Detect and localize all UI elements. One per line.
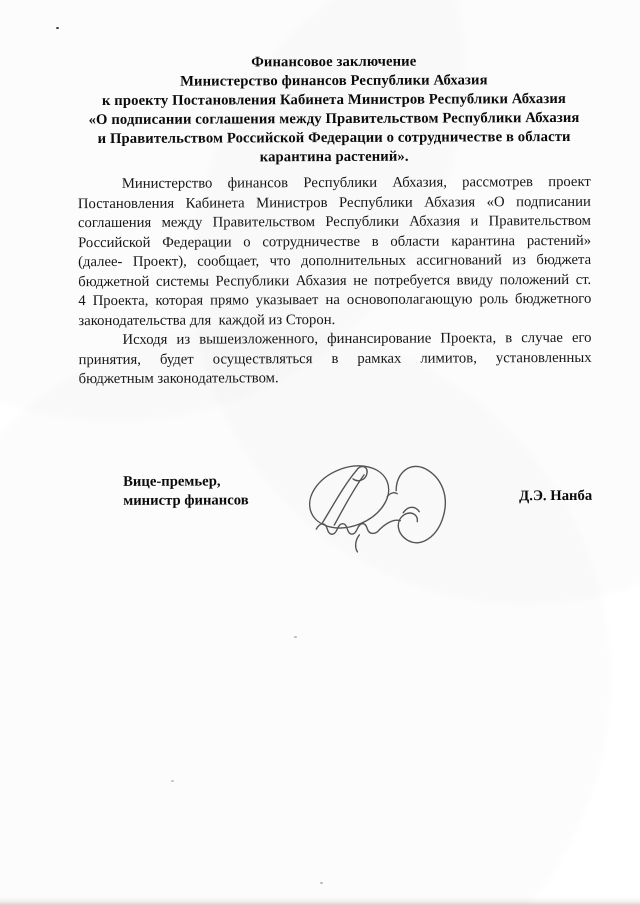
paragraph-line: бюджетным законодательством.	[79, 368, 592, 390]
signer-title: Вице-премьер, министр финансов	[123, 472, 249, 511]
title-line: карантина растений».	[78, 147, 591, 168]
paragraph-line: Исходя из вышеизложенного, финансировани…	[78, 329, 591, 351]
paragraph-line: Министерство финансов Республики Абхазия…	[78, 173, 591, 195]
signer-title-line: министр финансов	[123, 491, 249, 511]
title-line: «О подписании соглашения между Правитель…	[77, 109, 590, 130]
handwritten-signature-icon	[284, 440, 460, 556]
paragraph-line: соглашения между Правительством Республи…	[78, 212, 591, 234]
paragraph-line: бюджетной системы Республики Абхазия не …	[78, 270, 591, 292]
paragraph-2: Исходя из вышеизложенного, финансировани…	[78, 329, 591, 390]
scan-speck	[171, 780, 174, 782]
scan-speck	[320, 882, 323, 884]
title-line: Финансовое заключение	[77, 52, 590, 73]
signer-name: Д.Э. Нанба	[519, 486, 592, 505]
paragraph-line: 4 Проекта, которая прямо указывает на ос…	[78, 290, 591, 312]
paragraph-1: Министерство финансов Республики Абхазия…	[78, 173, 592, 331]
title-line: и Правительством Российской Федерации о …	[78, 128, 591, 149]
paragraph-line: (далее- Проект), сообщает, что дополните…	[78, 251, 591, 273]
scan-speck	[56, 27, 59, 29]
signature-block: Вице-премьер, министр финансов	[79, 470, 593, 592]
paragraph-line: законодательства для каждой из Сторон.	[78, 309, 591, 331]
paragraph-line: принятия, будет осуществляться в рамках …	[79, 348, 592, 370]
scan-edge-shadow	[0, 897, 640, 905]
paragraph-line: Постановления Кабинета Министров Республ…	[78, 192, 591, 214]
title-line: к проекту Постановления Кабинета Министр…	[77, 90, 590, 111]
title-line: Министерство финансов Республики Абхазия	[77, 71, 590, 92]
scan-speck	[294, 636, 297, 638]
signer-title-line: Вице-премьер,	[123, 472, 249, 492]
document-title: Финансовое заключение Министерство финан…	[77, 52, 590, 168]
document-body: Финансовое заключение Министерство финан…	[77, 0, 593, 593]
paragraph-line: Российской Федерации о сотрудничестве в …	[78, 231, 591, 253]
document-page: Финансовое заключение Министерство финан…	[0, 0, 640, 905]
